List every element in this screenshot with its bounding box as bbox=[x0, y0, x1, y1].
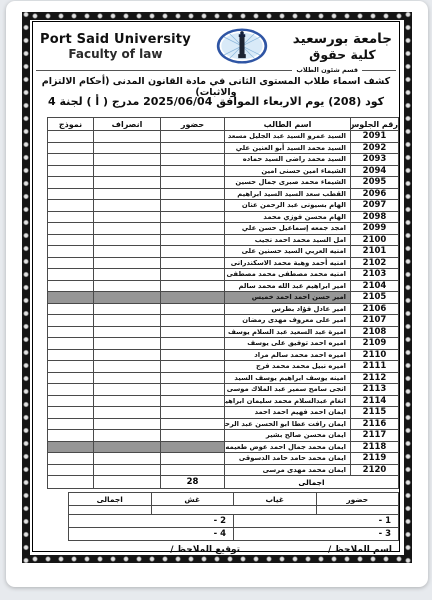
seat-number-cell: 2092 bbox=[351, 142, 399, 154]
attendance-cell bbox=[161, 349, 225, 361]
student-name-cell: امينه يوسف ابراهيم يوسف السيد bbox=[225, 372, 351, 384]
student-row: 2113 انجى سامح سمير عبد الملاك موسى bbox=[48, 384, 399, 396]
summary-absence-header: غياب bbox=[234, 493, 317, 506]
seat-number-cell: 2120 bbox=[351, 464, 399, 476]
student-name-cell: ايمان محمد مهدى مرسى bbox=[225, 464, 351, 476]
summary-cheating-header: غش bbox=[151, 493, 234, 506]
attendance-cell bbox=[161, 188, 225, 200]
form-cell bbox=[48, 326, 94, 338]
student-name-cell: امنيه أحمد وهبة محمد الاسكندرانى bbox=[225, 257, 351, 269]
student-name-cell: امير عادل فؤاد بطرس bbox=[225, 303, 351, 315]
faculty-title-ar: كلية حقوق bbox=[293, 47, 392, 62]
departure-cell bbox=[94, 200, 161, 212]
form-cell bbox=[48, 372, 94, 384]
form-cell bbox=[48, 131, 94, 143]
seat-number-cell: 2102 bbox=[351, 257, 399, 269]
student-row: 2109 اميره احمد توفيق على يوسف bbox=[48, 338, 399, 350]
departure-cell bbox=[94, 177, 161, 189]
form-cell bbox=[48, 177, 94, 189]
seat-number-cell: 2097 bbox=[351, 200, 399, 212]
form-cell bbox=[48, 418, 94, 430]
attendance-cell bbox=[161, 280, 225, 292]
departure-cell bbox=[94, 372, 161, 384]
seat-number-cell: 2105 bbox=[351, 292, 399, 304]
student-row: 2092 السيد محمد السيد أبو العنين علي bbox=[48, 142, 399, 154]
table-header-row: رقم الجلوس اسم الطالب حضور انصراف نموذج bbox=[48, 118, 399, 131]
attendance-cell bbox=[161, 211, 225, 223]
seat-number-cell: 2095 bbox=[351, 177, 399, 189]
student-row: 2120 ايمان محمد مهدى مرسى bbox=[48, 464, 399, 476]
departure-cell bbox=[94, 269, 161, 281]
student-name-cell: امنيه العربي السيد حسنين على bbox=[225, 246, 351, 258]
attendance-cell bbox=[161, 453, 225, 465]
student-row: 2114 انغام عبدالسلام محمد سليمان ابراهيم bbox=[48, 395, 399, 407]
seat-number-cell: 2100 bbox=[351, 234, 399, 246]
form-cell bbox=[48, 154, 94, 166]
departure-cell bbox=[94, 131, 161, 143]
attendance-cell bbox=[161, 165, 225, 177]
student-row: 2101 امنيه العربي السيد حسنين على bbox=[48, 246, 399, 258]
departure-cell bbox=[94, 418, 161, 430]
departure-cell bbox=[94, 292, 161, 304]
summary-header-row: حضور غياب غش اجمالى bbox=[69, 493, 399, 506]
student-name-cell: اميره نبيل محمد محمد فرج bbox=[225, 361, 351, 373]
line-2: - 2 bbox=[69, 515, 234, 528]
departure-cell bbox=[94, 303, 161, 315]
form-header: نموذج bbox=[48, 118, 94, 131]
form-cell bbox=[48, 303, 94, 315]
summary-numbered-row-2: - 3 - 4 bbox=[69, 528, 399, 541]
departure-cell bbox=[94, 326, 161, 338]
summary-empty-row bbox=[69, 506, 399, 515]
student-row: 2110 اميره احمد محمد سالم مراد bbox=[48, 349, 399, 361]
form-cell bbox=[48, 223, 94, 235]
student-row: 2100 امل السيد محمد احمد نجيب bbox=[48, 234, 399, 246]
departure-cell bbox=[94, 188, 161, 200]
document-header: Port Said University Faculty of law جامع… bbox=[40, 25, 392, 67]
form-cell bbox=[48, 246, 94, 258]
attendance-cell bbox=[161, 315, 225, 327]
seat-number-cell: 2093 bbox=[351, 154, 399, 166]
department-label: قسم شئون الطلاب bbox=[292, 66, 362, 74]
student-name-cell: امجد جمعه إسماعيل حسن علي bbox=[225, 223, 351, 235]
student-name-cell: الهام محسن فوزي محمد bbox=[225, 211, 351, 223]
seat-number-cell: 2106 bbox=[351, 303, 399, 315]
student-row: 2106 امير عادل فؤاد بطرس bbox=[48, 303, 399, 315]
student-row: 2108 اميرة عبد السعيد عبد السلام يوسف bbox=[48, 326, 399, 338]
attendance-cell bbox=[161, 303, 225, 315]
seat-number-cell: 2118 bbox=[351, 441, 399, 453]
seat-number-cell: 2109 bbox=[351, 338, 399, 350]
departure-cell bbox=[94, 234, 161, 246]
total-form-cell bbox=[48, 476, 94, 489]
attendance-cell bbox=[161, 131, 225, 143]
departure-header: انصراف bbox=[94, 118, 161, 131]
attendance-cell bbox=[161, 407, 225, 419]
student-name-cell: ايمان احمد فهيم احمد احمد bbox=[225, 407, 351, 419]
seat-number-cell: 2111 bbox=[351, 361, 399, 373]
departure-cell bbox=[94, 165, 161, 177]
departure-cell bbox=[94, 338, 161, 350]
attendance-cell bbox=[161, 292, 225, 304]
attendance-cell bbox=[161, 361, 225, 373]
student-name-cell: امير على معروف مهدى رمضان bbox=[225, 315, 351, 327]
attendance-cell bbox=[161, 338, 225, 350]
attendance-cell bbox=[161, 142, 225, 154]
student-row: 2093 السيد محمد راضى السيد حماده bbox=[48, 154, 399, 166]
form-cell bbox=[48, 292, 94, 304]
line-4: - 4 bbox=[69, 528, 234, 541]
student-name-cell: امير حسن احمد احمد خميس bbox=[225, 292, 351, 304]
seat-number-cell: 2115 bbox=[351, 407, 399, 419]
form-cell bbox=[48, 338, 94, 350]
student-row: 2115 ايمان احمد فهيم احمد احمد bbox=[48, 407, 399, 419]
departure-cell bbox=[94, 349, 161, 361]
seat-number-cell: 2099 bbox=[351, 223, 399, 235]
observer-name-label: اسم الملاحظ / bbox=[328, 545, 392, 555]
student-row: 2103 امنيه محمد مصطفى محمد مصطفى bbox=[48, 269, 399, 281]
department-divider: قسم شئون الطلاب bbox=[36, 66, 396, 74]
attendance-cell bbox=[161, 384, 225, 396]
summary-numbered-row-1: - 1 - 2 bbox=[69, 515, 399, 528]
departure-cell bbox=[94, 315, 161, 327]
form-cell bbox=[48, 361, 94, 373]
form-cell bbox=[48, 142, 94, 154]
seat-number-cell: 2091 bbox=[351, 131, 399, 143]
form-cell bbox=[48, 257, 94, 269]
student-row: 2119 ايمان محمد حامد حامد الدسوقى bbox=[48, 453, 399, 465]
student-row: 2102 امنيه أحمد وهبة محمد الاسكندرانى bbox=[48, 257, 399, 269]
student-row: 2107 امير على معروف مهدى رمضان bbox=[48, 315, 399, 327]
attendance-cell bbox=[161, 464, 225, 476]
form-cell bbox=[48, 269, 94, 281]
seat-number-cell: 2096 bbox=[351, 188, 399, 200]
attendance-cell bbox=[161, 430, 225, 442]
form-cell bbox=[48, 464, 94, 476]
total-departure-cell bbox=[94, 476, 161, 489]
attendance-cell bbox=[161, 234, 225, 246]
student-name-cell: اميره احمد محمد سالم مراد bbox=[225, 349, 351, 361]
decorative-border-bottom bbox=[22, 555, 412, 563]
attendance-cell bbox=[161, 269, 225, 281]
student-name-cell: امنيه محمد مصطفى محمد مصطفى bbox=[225, 269, 351, 281]
seat-number-cell: 2114 bbox=[351, 395, 399, 407]
attendance-cell bbox=[161, 200, 225, 212]
student-name-cell: ايمان محمد جمال احمد عوض طعيمه bbox=[225, 441, 351, 453]
seat-number-cell: 2112 bbox=[351, 372, 399, 384]
seat-number-cell: 2107 bbox=[351, 315, 399, 327]
line-3: - 3 bbox=[234, 528, 399, 541]
student-row: 2116 ايمان رافت عطا ابو الحسن عبد الرحيم bbox=[48, 418, 399, 430]
form-cell bbox=[48, 407, 94, 419]
line-1: - 1 bbox=[234, 515, 399, 528]
summary-table: حضور غياب غش اجمالى - 1 - 2 - 3 - 4 bbox=[68, 492, 399, 541]
student-row: 2096 القطب سعد السيد السيد ابراهيم bbox=[48, 188, 399, 200]
form-cell bbox=[48, 200, 94, 212]
seat-number-cell: 2117 bbox=[351, 430, 399, 442]
departure-cell bbox=[94, 257, 161, 269]
faculty-title-en: Faculty of law bbox=[40, 47, 191, 61]
total-label-cell: اجمالى bbox=[225, 476, 399, 489]
student-name-cell: ايمان محسن صالح بشير bbox=[225, 430, 351, 442]
total-attendance-cell: 28 bbox=[161, 476, 225, 489]
student-name-cell: امير ابراهيم عبد الله محمد سالم bbox=[225, 280, 351, 292]
form-cell bbox=[48, 441, 94, 453]
seat-number-cell: 2108 bbox=[351, 326, 399, 338]
university-name-arabic: جامعة بورسعيد كلية حقوق bbox=[293, 31, 392, 62]
student-row: 2112 امينه يوسف ابراهيم يوسف السيد bbox=[48, 372, 399, 384]
departure-cell bbox=[94, 384, 161, 396]
departure-cell bbox=[94, 361, 161, 373]
departure-cell bbox=[94, 211, 161, 223]
seat-number-cell: 2101 bbox=[351, 246, 399, 258]
form-cell bbox=[48, 280, 94, 292]
attendance-cell bbox=[161, 372, 225, 384]
student-name-header: اسم الطالب bbox=[225, 118, 351, 131]
student-row: 2095 الشيماء محمد صبرى جمال حسين bbox=[48, 177, 399, 189]
form-cell bbox=[48, 234, 94, 246]
student-row: 2104 امير ابراهيم عبد الله محمد سالم bbox=[48, 280, 399, 292]
seat-number-cell: 2116 bbox=[351, 418, 399, 430]
form-cell bbox=[48, 349, 94, 361]
student-name-cell: ايمان محمد حامد حامد الدسوقى bbox=[225, 453, 351, 465]
students-attendance-table: رقم الجلوس اسم الطالب حضور انصراف نموذج … bbox=[47, 117, 399, 489]
student-name-cell: السيد محمد راضى السيد حماده bbox=[225, 154, 351, 166]
student-name-cell: اميرة عبد السعيد عبد السلام يوسف bbox=[225, 326, 351, 338]
student-row: 2094 الشيماء امين حسنى امين bbox=[48, 165, 399, 177]
seat-number-cell: 2094 bbox=[351, 165, 399, 177]
student-name-cell: الهام بسيونى عبد الرحمن عنان bbox=[225, 200, 351, 212]
seat-number-cell: 2119 bbox=[351, 453, 399, 465]
attendance-cell bbox=[161, 223, 225, 235]
form-cell bbox=[48, 384, 94, 396]
attendance-cell bbox=[161, 257, 225, 269]
student-row: 2105 امير حسن احمد احمد خميس bbox=[48, 292, 399, 304]
seat-number-header: رقم الجلوس bbox=[351, 118, 399, 131]
student-name-cell: ايمان رافت عطا ابو الحسن عبد الرحيم bbox=[225, 418, 351, 430]
student-row: 2098 الهام محسن فوزي محمد bbox=[48, 211, 399, 223]
departure-cell bbox=[94, 407, 161, 419]
attendance-cell bbox=[161, 246, 225, 258]
university-title-ar: جامعة بورسعيد bbox=[293, 31, 392, 47]
form-cell bbox=[48, 430, 94, 442]
seat-number-cell: 2110 bbox=[351, 349, 399, 361]
departure-cell bbox=[94, 441, 161, 453]
university-lighthouse-logo-icon bbox=[215, 26, 269, 66]
seat-number-cell: 2103 bbox=[351, 269, 399, 281]
summary-total-header: اجمالى bbox=[69, 493, 152, 506]
exam-session-line: كود (208) يوم الاربعاء الموافق 2025/06/0… bbox=[34, 95, 398, 108]
student-name-cell: السيد محمد السيد أبو العنين علي bbox=[225, 142, 351, 154]
departure-cell bbox=[94, 395, 161, 407]
form-cell bbox=[48, 315, 94, 327]
student-row: 2097 الهام بسيونى عبد الرحمن عنان bbox=[48, 200, 399, 212]
form-cell bbox=[48, 188, 94, 200]
student-name-cell: اميره احمد توفيق على يوسف bbox=[225, 338, 351, 350]
departure-cell bbox=[94, 430, 161, 442]
student-name-cell: القطب سعد السيد السيد ابراهيم bbox=[225, 188, 351, 200]
student-name-cell: انغام عبدالسلام محمد سليمان ابراهيم bbox=[225, 395, 351, 407]
form-cell bbox=[48, 453, 94, 465]
departure-cell bbox=[94, 246, 161, 258]
attendance-cell bbox=[161, 395, 225, 407]
attendance-cell bbox=[161, 326, 225, 338]
attendance-header: حضور bbox=[161, 118, 225, 131]
seat-number-cell: 2104 bbox=[351, 280, 399, 292]
attendance-cell bbox=[161, 154, 225, 166]
student-row: 2117 ايمان محسن صالح بشير bbox=[48, 430, 399, 442]
student-name-cell: الشيماء محمد صبرى جمال حسين bbox=[225, 177, 351, 189]
departure-cell bbox=[94, 154, 161, 166]
student-row: 2099 امجد جمعه إسماعيل حسن علي bbox=[48, 223, 399, 235]
form-cell bbox=[48, 211, 94, 223]
seat-number-cell: 2113 bbox=[351, 384, 399, 396]
attendance-cell bbox=[161, 441, 225, 453]
student-row: 2111 اميره نبيل محمد محمد فرج bbox=[48, 361, 399, 373]
student-name-cell: الشيماء امين حسنى امين bbox=[225, 165, 351, 177]
decorative-border-top bbox=[22, 12, 412, 20]
departure-cell bbox=[94, 142, 161, 154]
attendance-cell bbox=[161, 177, 225, 189]
departure-cell bbox=[94, 280, 161, 292]
decorative-border-right bbox=[404, 12, 412, 563]
departure-cell bbox=[94, 464, 161, 476]
student-table-body: 2091 السيد عمرو السيد عبد الجليل مسعد عب… bbox=[48, 131, 399, 476]
summary-attendance-header: حضور bbox=[316, 493, 399, 506]
student-name-cell: امل السيد محمد احمد نجيب bbox=[225, 234, 351, 246]
student-row: 2091 السيد عمرو السيد عبد الجليل مسعد عب… bbox=[48, 131, 399, 143]
seat-number-cell: 2098 bbox=[351, 211, 399, 223]
departure-cell bbox=[94, 223, 161, 235]
attendance-cell bbox=[161, 418, 225, 430]
student-name-cell: السيد عمرو السيد عبد الجليل مسعد عباده bbox=[225, 131, 351, 143]
observer-signature-label: توقيع الملاحظ / bbox=[170, 545, 240, 555]
decorative-border-left bbox=[22, 12, 30, 563]
student-row: 2118 ايمان محمد جمال احمد عوض طعيمه bbox=[48, 441, 399, 453]
departure-cell bbox=[94, 453, 161, 465]
university-name-english: Port Said University Faculty of law bbox=[40, 32, 191, 61]
form-cell bbox=[48, 395, 94, 407]
university-title-en: Port Said University bbox=[40, 32, 191, 47]
total-row: اجمالى 28 bbox=[48, 476, 399, 489]
form-cell bbox=[48, 165, 94, 177]
student-name-cell: انجى سامح سمير عبد الملاك موسى bbox=[225, 384, 351, 396]
